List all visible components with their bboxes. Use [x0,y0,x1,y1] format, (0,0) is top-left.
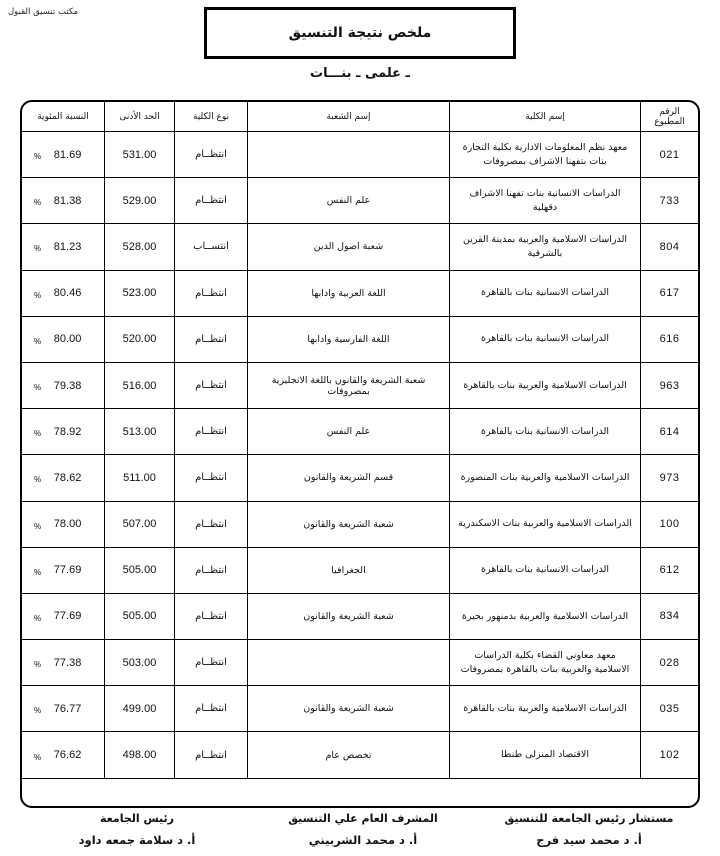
cell-percent: % 77.38 [22,640,104,685]
table-row: 973 الدراسات الاسلامية والعربية بنات الم… [22,455,698,501]
signatory-general-supervisor: المشرف العام علي التنسيق أ. د محمد الشرب… [254,812,472,847]
table-row: 028 معهد معاوني القضاء بكلية الدراسات ال… [22,640,698,686]
cell-percent: % 80.46 [22,271,104,316]
cell-division: الجغرافيا [247,548,449,593]
percent-sign: % [34,475,41,484]
percent-value: 77.38 [45,657,104,669]
signatory-title: رئيس الجامعة [28,812,246,825]
title-box: ملخص نتيجة التنسيق [204,7,516,59]
cell-code: 973 [640,455,698,500]
header-code: الرقم المطبوع [640,102,698,131]
cell-division: اللغة الفارسية وادابها [247,317,449,362]
cell-division: اللغة العربية وادابها [247,271,449,316]
cell-college: الدراسات الاسلامية والعربية بنات بالقاهر… [449,686,640,731]
cell-type: انتســاب [174,224,247,269]
table-row: 100 الدراسات الاسلامية والعربية بنات الا… [22,502,698,548]
percent-value: 78.00 [45,518,104,530]
table-header-row: الرقم المطبوع إسم الكلية إسم الشعبة نوع … [22,102,698,132]
table-row: 617 الدراسات الانسانية بنات بالقاهرة الل… [22,271,698,317]
header-minimum: الحد الأدنى [104,102,174,131]
cell-code: 612 [640,548,698,593]
cell-college: الدراسات الاسلامية والعربية بنات بالقاهر… [449,363,640,408]
header-college: إسم الكلية [449,102,640,131]
cell-minimum: 528.00 [104,224,174,269]
cell-college: الدراسات الانسانية بنات تفهنا الاشراف دق… [449,178,640,223]
cell-minimum: 516.00 [104,363,174,408]
cell-type: انتظــام [174,178,247,223]
cell-code: 616 [640,317,698,362]
cell-code: 804 [640,224,698,269]
cell-type: انتظــام [174,640,247,685]
cell-type: انتظــام [174,502,247,547]
signatory-name: أ. د سلامة جمعه داود [28,833,246,847]
percent-sign: % [34,614,41,623]
cell-division: قسم الشريعة والقانون [247,455,449,500]
signatory-coordination-consultant: مستشار رئيس الجامعة للتنسيق أ. د محمد سي… [480,812,698,847]
cell-division: شعبة الشريعة والقانون [247,502,449,547]
cell-minimum: 523.00 [104,271,174,316]
table-row: 804 الدراسات الاسلامية والعربية بمدينة ا… [22,224,698,270]
percent-value: 81.38 [45,195,104,207]
cell-type: انتظــام [174,732,247,777]
cell-minimum: 505.00 [104,594,174,639]
cell-minimum: 513.00 [104,409,174,454]
percent-value: 78.62 [45,472,104,484]
table-row: 616 الدراسات الانسانية بنات بالقاهرة الل… [22,317,698,363]
percent-value: 77.69 [45,564,104,576]
header-division: إسم الشعبة [247,102,449,131]
signatory-name: أ. د محمد سيد فرج [480,833,698,847]
cell-percent: % 80.00 [22,317,104,362]
percent-sign: % [34,753,41,762]
percent-sign: % [34,337,41,346]
percent-sign: % [34,244,41,253]
cell-college: الدراسات الاسلامية والعربية بمدينة القري… [449,224,640,269]
cell-code: 614 [640,409,698,454]
cell-percent: % 79.38 [22,363,104,408]
cell-code: 102 [640,732,698,777]
cell-college: الدراسات الاسلامية والعربية بنات الاسكند… [449,502,640,547]
cell-college: الدراسات الانسانية بنات بالقاهرة [449,317,640,362]
cell-type: انتظــام [174,363,247,408]
cell-minimum: 529.00 [104,178,174,223]
percent-value: 77.69 [45,610,104,622]
cell-type: انتظــام [174,132,247,177]
table-row: 021 معهد نظم المعلومات الادارية بكلية ال… [22,132,698,178]
percent-value: 80.00 [45,333,104,345]
percent-sign: % [34,429,41,438]
cell-code: 963 [640,363,698,408]
cell-code: 021 [640,132,698,177]
table-row: 834 الدراسات الاسلامية والعربية بدمنهور … [22,594,698,640]
cell-percent: % 77.69 [22,594,104,639]
cell-code: 733 [640,178,698,223]
percent-sign: % [34,291,41,300]
cell-college: الدراسات الانسانية بنات بالقاهرة [449,548,640,593]
signatory-university-president: رئيس الجامعة أ. د سلامة جمعه داود [28,812,246,847]
percent-value: 78.92 [45,426,104,438]
percent-value: 79.38 [45,380,104,392]
percent-sign: % [34,706,41,715]
cell-division: علم النفس [247,178,449,223]
cell-code: 617 [640,271,698,316]
cell-college: الدراسات الانسانية بنات بالقاهرة [449,271,640,316]
cell-college: الدراسات الانسانية بنات بالقاهرة [449,409,640,454]
cell-minimum: 503.00 [104,640,174,685]
stream-subtitle: ـ علمى ـ بنـــات [0,66,720,81]
signatory-title: مستشار رئيس الجامعة للتنسيق [480,812,698,825]
cell-college: الدراسات الاسلامية والعربية بنات المنصور… [449,455,640,500]
header-percent: النسبة المئوية [22,102,104,131]
cell-percent: % 77.69 [22,548,104,593]
cell-type: انتظــام [174,548,247,593]
table-row: 035 الدراسات الاسلامية والعربية بنات بال… [22,686,698,732]
cell-minimum: 511.00 [104,455,174,500]
cell-college: معهد معاوني القضاء بكلية الدراسات الاسلا… [449,640,640,685]
cell-code: 834 [640,594,698,639]
cell-minimum: 499.00 [104,686,174,731]
cell-college: معهد نظم المعلومات الادارية بكلية التجار… [449,132,640,177]
cell-division: شعبة اصول الدين [247,224,449,269]
cell-code: 100 [640,502,698,547]
percent-sign: % [34,660,41,669]
cell-type: انتظــام [174,409,247,454]
percent-value: 80.46 [45,287,104,299]
signatory-name: أ. د محمد الشربيني [254,833,472,847]
cell-division: شعبة الشريعة والقانون باللغة الانجليزية … [247,363,449,408]
cell-division [247,132,449,177]
cell-division [247,640,449,685]
cell-college: الاقتصاد المنزلى طنطا [449,732,640,777]
cell-type: انتظــام [174,271,247,316]
cell-division: تخصص عام [247,732,449,777]
signatory-title: المشرف العام علي التنسيق [254,812,472,825]
percent-value: 81.69 [45,149,104,161]
signatures-footer: مستشار رئيس الجامعة للتنسيق أ. د محمد سي… [0,812,720,847]
results-table: الرقم المطبوع إسم الكلية إسم الشعبة نوع … [20,100,700,808]
cell-minimum: 520.00 [104,317,174,362]
cell-percent: % 81.69 [22,132,104,177]
table-row: 963 الدراسات الاسلامية والعربية بنات بال… [22,363,698,409]
cell-minimum: 531.00 [104,132,174,177]
cell-type: انتظــام [174,317,247,362]
cell-code: 028 [640,640,698,685]
cell-division: شعبة الشريعة والقانون [247,686,449,731]
office-label-text: مكتب تنسيق القبول [8,7,78,17]
table-row: 102 الاقتصاد المنزلى طنطا تخصص عام انتظـ… [22,732,698,778]
cell-percent: % 78.62 [22,455,104,500]
percent-value: 81.23 [45,241,104,253]
cell-percent: % 81.38 [22,178,104,223]
table-bottom-spacer [22,779,698,806]
cell-division: علم النفس [247,409,449,454]
cell-percent: % 76.77 [22,686,104,731]
cell-division: شعبة الشريعة والقانون [247,594,449,639]
cell-type: انتظــام [174,594,247,639]
cell-percent: % 78.92 [22,409,104,454]
percent-value: 76.77 [45,703,104,715]
percent-value: 76.62 [45,749,104,761]
cell-percent: % 78.00 [22,502,104,547]
cell-code: 035 [640,686,698,731]
cell-percent: % 81.23 [22,224,104,269]
cell-minimum: 498.00 [104,732,174,777]
page-title: ملخص نتيجة التنسيق [289,25,432,41]
percent-sign: % [34,198,41,207]
cell-type: انتظــام [174,686,247,731]
cell-college: الدراسات الاسلامية والعربية بدمنهور بحير… [449,594,640,639]
cell-minimum: 507.00 [104,502,174,547]
table-row: 733 الدراسات الانسانية بنات تفهنا الاشرا… [22,178,698,224]
table-row: 614 الدراسات الانسانية بنات بالقاهرة علم… [22,409,698,455]
percent-sign: % [34,383,41,392]
document-page: { "page": { "office_label": "مكتب تنسيق … [0,0,720,856]
cell-type: انتظــام [174,455,247,500]
percent-sign: % [34,568,41,577]
header-type: نوع الكلية [174,102,247,131]
table-row: 612 الدراسات الانسانية بنات بالقاهرة الج… [22,548,698,594]
cell-minimum: 505.00 [104,548,174,593]
cell-percent: % 76.62 [22,732,104,777]
percent-sign: % [34,152,41,161]
percent-sign: % [34,522,41,531]
